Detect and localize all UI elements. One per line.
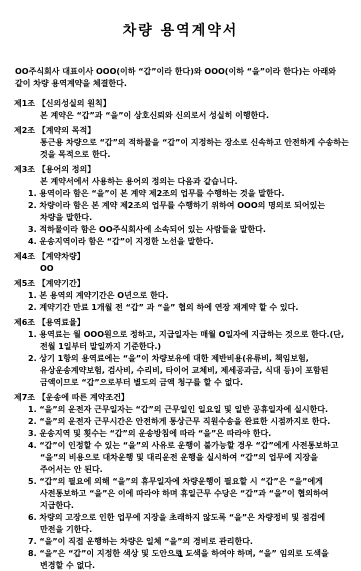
article-item: 4. “갑”이 인정할 수 있는 “을”의 사유로 운행이 불가능할 경우 “갑… — [40, 440, 349, 476]
article-item: 통근용 차량으로 “갑”의 적하물을 “갑”이 지정하는 장소로 신속하고 안전… — [40, 137, 349, 161]
article-item: 6. 차량의 고장으로 인한 업무에 지장을 초래하지 않도록 “을”은 차량정… — [40, 512, 349, 536]
article-item: 1. 용역이라 함은 “을”이 본 계약 제2조의 업무를 수행하는 것을 말한… — [40, 188, 349, 200]
article-heading: 제2조 【계약의 목적】 — [14, 125, 349, 137]
document-title: 차량 용역계약서 — [0, 0, 361, 40]
article-item: 3. 적하물이라 함은 OO주식회사에 소속되어 있는 사람들을 말한다. — [40, 224, 349, 236]
article-item: 2. 차량이라 함은 본 계약 제2조의 업무를 수행하기 위하여 OOO의 명… — [40, 200, 349, 224]
article-item: 2. 계약기간 만료 1개월 전 “갑” 과 “을” 협의 하에 연장 재계약 … — [40, 302, 349, 314]
article-item: 2. 상기 1항의 용역료에는 “을”이 차량보유에 대한 제반비용(유류비, … — [40, 353, 349, 389]
article-item: 4. 운송지역이라 함은 “갑”이 지정한 노선을 말한다. — [40, 236, 349, 248]
article-item: 7. “을”이 직접 운행하는 차량은 일체 “을”의 경비로 관리한다. — [40, 536, 349, 548]
article-item: 5. “갑”의 필요에 의해 “을”의 휴무일자에 차량운행이 필요할 시 “갑… — [40, 476, 349, 512]
article-item: 1. 용역료는 월 OOO원으로 정하고, 지급일자는 매월 O일자에 지급하는… — [40, 329, 349, 353]
article-heading: 제7조 【운송에 따른 계약조건】 — [14, 392, 349, 404]
article-item: 1. 본 용역의 계약기간은 O년으로 한다. — [40, 290, 349, 302]
article-item: 본 계약은 “갑”과 “을”이 상호신뢰와 신의로서 성실히 이행한다. — [40, 110, 349, 122]
article-heading: 제6조 【용역료율】 — [14, 317, 349, 329]
article-item: OO — [40, 263, 349, 275]
articles: 제1조 【신의성실의 원칙】본 계약은 “갑”과 “을”이 상호신뢰와 신의로서… — [0, 98, 361, 571]
article-item: 2. “을”의 운전자 근무시간은 안전하게 통상근무 직원수송을 완료한 시점… — [40, 416, 349, 428]
page-number: - 1 - — [0, 550, 361, 559]
article-item: 1. “을”의 운전자 근무일자는 “갑”의 근무일인 일요일 및 일반 공휴일… — [40, 404, 349, 416]
article-heading: 제1조 【신의성실의 원칙】 — [14, 98, 349, 110]
article-item: 본 계약서에서 사용하는 용어의 정의는 다음과 같습니다. — [40, 176, 349, 188]
article-item: 3. 운송지역 및 횟수는 “갑”의 운송방침에 따라 “을”은 따라야 한다. — [40, 428, 349, 440]
article-heading: 제4조 【계약차량】 — [14, 251, 349, 263]
article-heading: 제3조 【용어의 정의】 — [14, 164, 349, 176]
contract-document: 차량 용역계약서 OO주식회사 대표이사 OOO(이하 “갑”이라 한다)와 O… — [0, 0, 361, 571]
contract-preamble: OO주식회사 대표이사 OOO(이하 “갑”이라 한다)와 OOO(이하 “을”… — [15, 66, 347, 90]
article-heading: 제5조 【계약기간】 — [14, 278, 349, 290]
